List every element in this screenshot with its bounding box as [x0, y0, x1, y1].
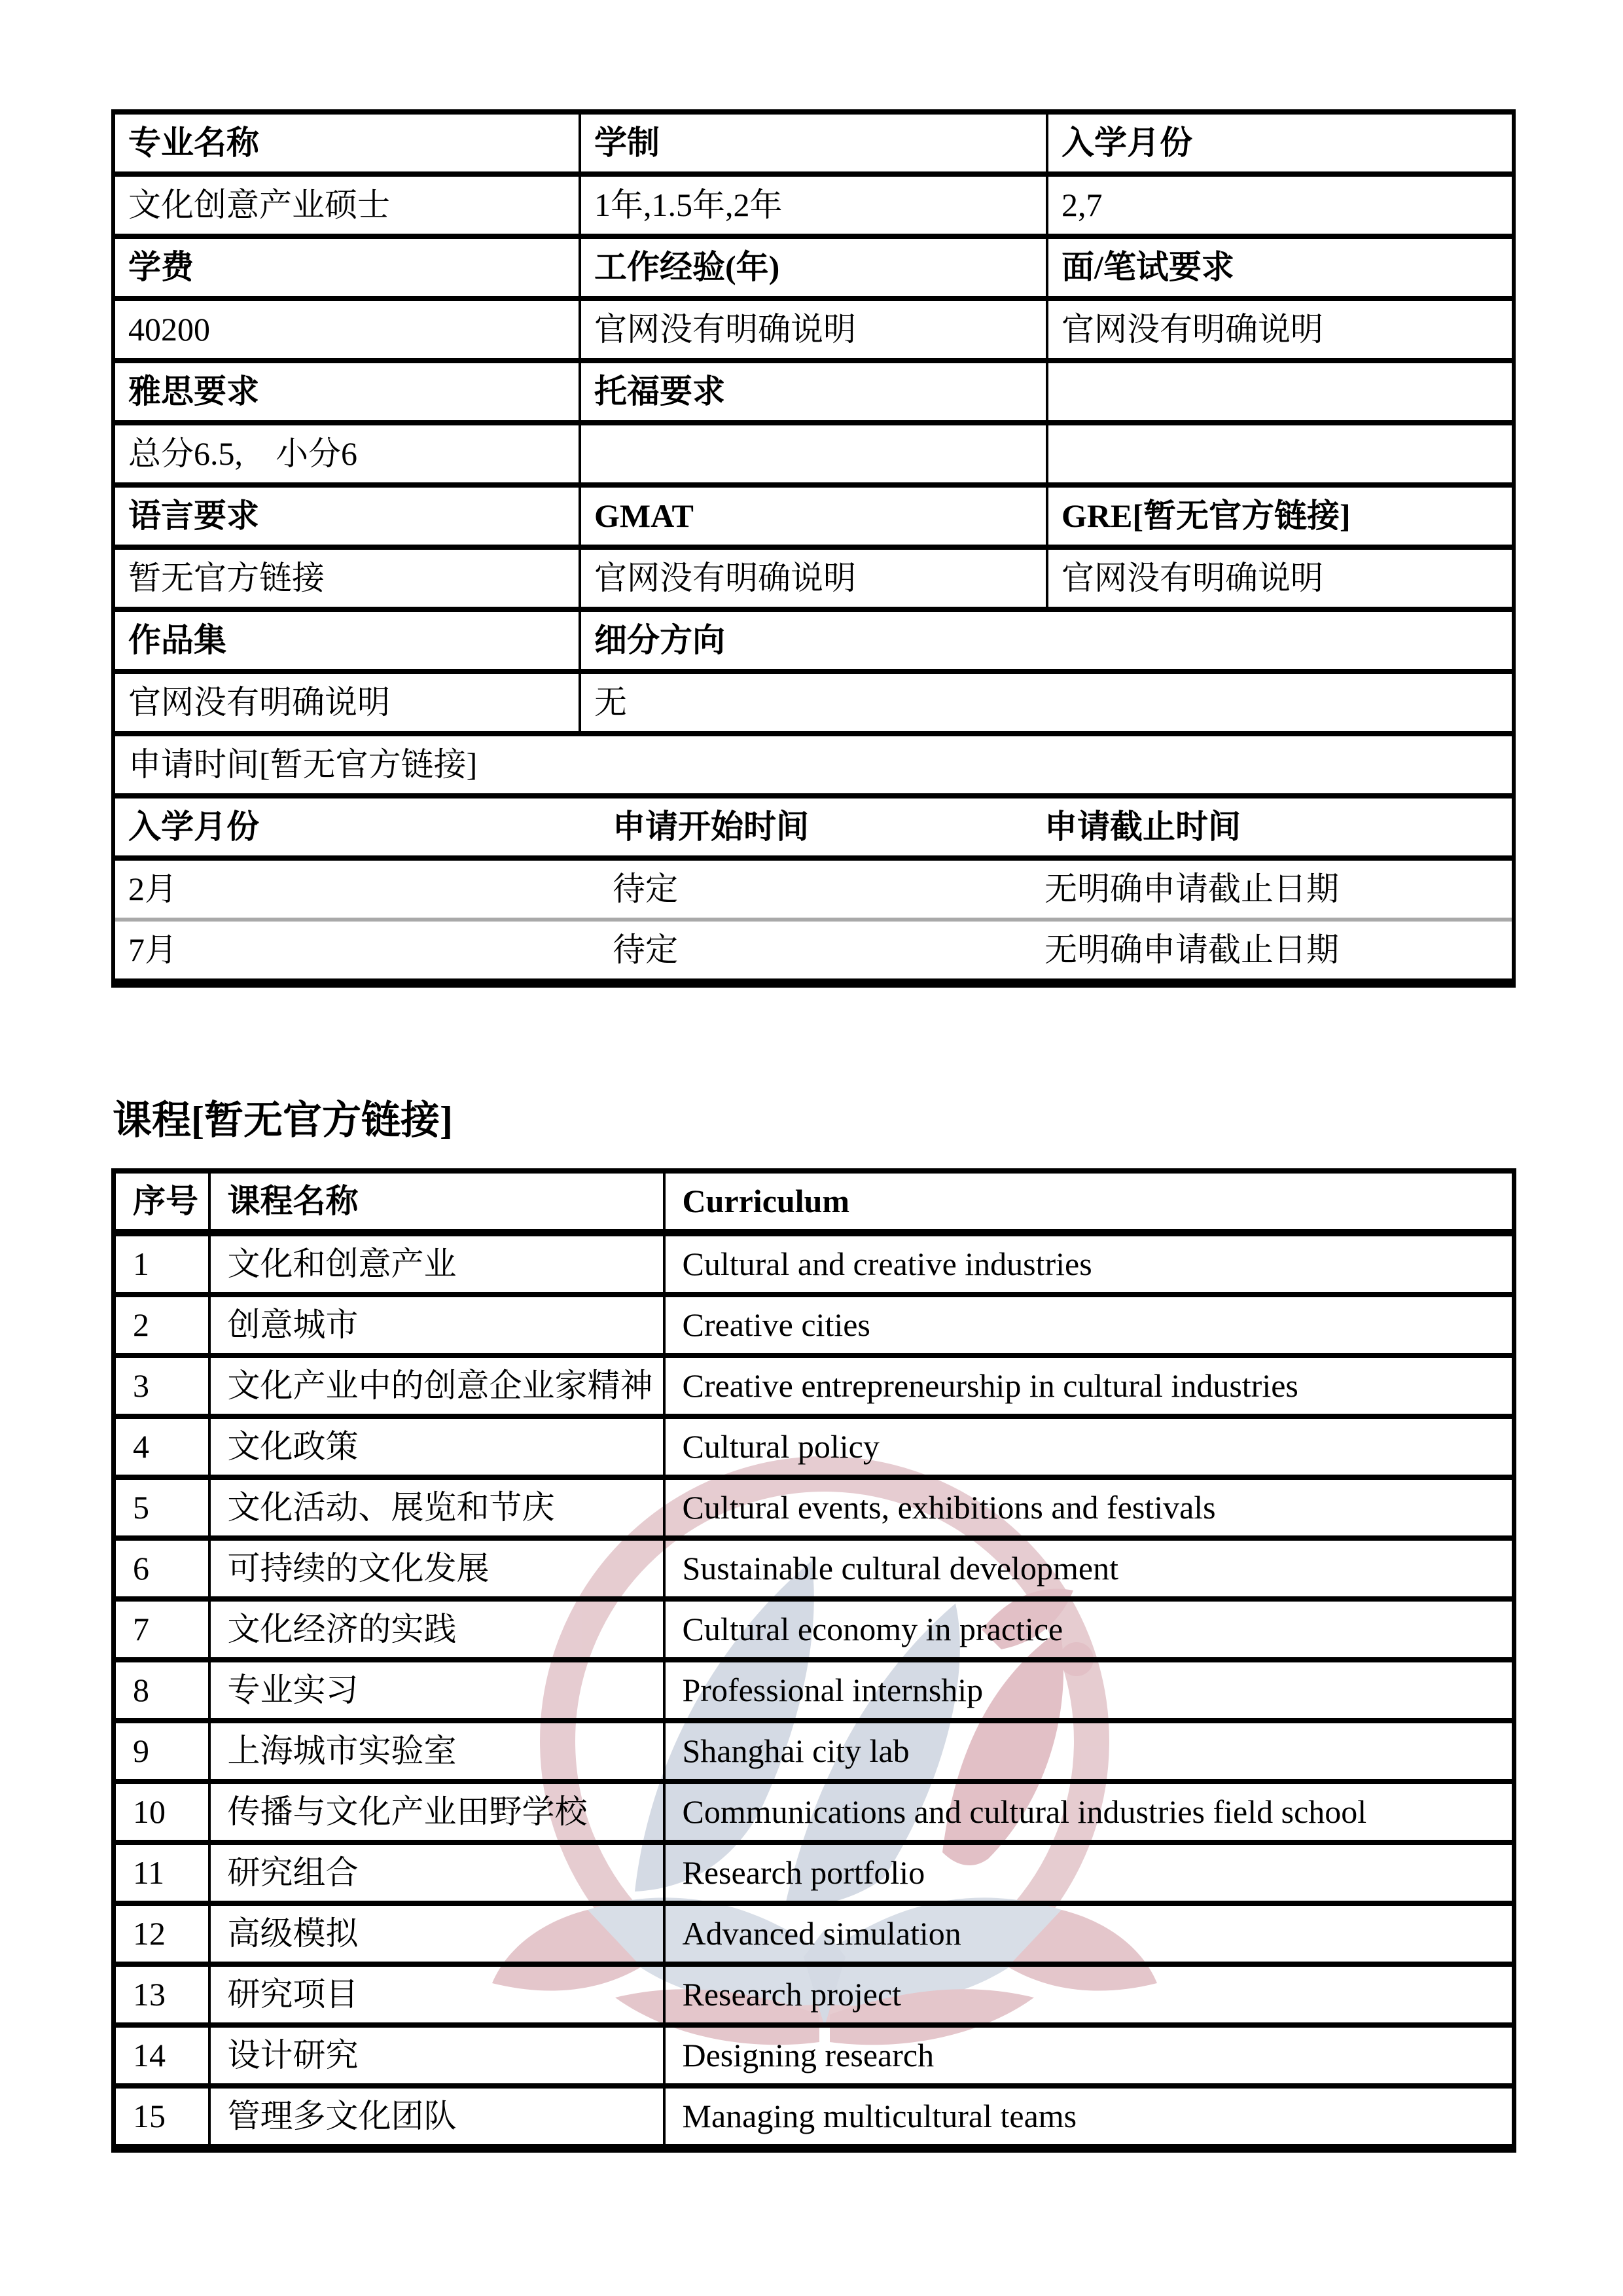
info-header-cell: 学制 — [580, 112, 1047, 174]
course-number-cell: 2 — [114, 1295, 209, 1355]
info-value-row: 40200 官网没有明确说明 官网没有明确说明 — [113, 298, 1514, 361]
info-value-cell: 官网没有明确说明 — [113, 672, 580, 734]
course-row: 11 研究组合 Research portfolio — [114, 1842, 1514, 1903]
course-name-cell: 管理多文化团队 — [209, 2086, 664, 2149]
course-en-cell: Cultural events, exhibitions and festiva… — [664, 1477, 1514, 1538]
info-value-cell: 文化创意产业硕士 — [113, 174, 580, 236]
schedule-value-cell: 7月 — [115, 920, 599, 978]
course-row: 8 专业实习 Professional internship — [114, 1660, 1514, 1721]
course-number-cell: 8 — [114, 1660, 209, 1721]
course-name-cell: 研究组合 — [209, 1842, 664, 1903]
curriculum-table: 序号 课程名称 Curriculum 1 文化和创意产业 Cultural an… — [111, 1168, 1516, 2153]
info-value-cell: 官网没有明确说明 — [580, 547, 1047, 609]
course-row: 2 创意城市 Creative cities — [114, 1295, 1514, 1355]
schedule-value-cell: 无明确申请截止日期 — [1031, 920, 1514, 978]
info-header-cell — [1047, 361, 1514, 423]
course-row: 13 研究项目 Research project — [114, 1964, 1514, 2025]
info-value-row: 文化创意产业硕士 1年,1.5年,2年 2,7 — [113, 174, 1514, 236]
course-number-cell: 14 — [114, 2025, 209, 2086]
course-name-cell: 文化产业中的创意企业家精神 — [209, 1355, 664, 1416]
course-en-cell: Professional internship — [664, 1660, 1514, 1721]
info-value-cell — [580, 423, 1047, 485]
course-number-cell: 4 — [114, 1416, 209, 1477]
course-number-cell: 1 — [114, 1233, 209, 1295]
info-header-cell: 学费 — [113, 236, 580, 298]
info-value-cell: 官网没有明确说明 — [1047, 298, 1514, 361]
schedule-wrapper-cell: 入学月份 申请开始时间 申请截止时间 2月 待定 无明确申请截止日期 7月 — [113, 796, 1514, 983]
course-en-cell: Advanced simulation — [664, 1903, 1514, 1964]
course-number-cell: 5 — [114, 1477, 209, 1538]
info-header-row: 专业名称 学制 入学月份 — [113, 112, 1514, 174]
course-name-cell: 可持续的文化发展 — [209, 1538, 664, 1599]
schedule-value-cell: 无明确申请截止日期 — [1031, 858, 1514, 920]
course-number-cell: 13 — [114, 1964, 209, 2025]
course-name-cell: 创意城市 — [209, 1295, 664, 1355]
course-row: 5 文化活动、展览和节庆 Cultural events, exhibition… — [114, 1477, 1514, 1538]
info-header-cell: 托福要求 — [580, 361, 1047, 423]
info-value-cell: 无 — [580, 672, 1514, 734]
schedule-header-cell: 申请截止时间 — [1031, 798, 1514, 858]
schedule-row: 2月 待定 无明确申请截止日期 — [115, 858, 1514, 920]
course-en-cell: Cultural policy — [664, 1416, 1514, 1477]
course-en-cell: Communications and cultural industries f… — [664, 1782, 1514, 1842]
schedule-value-cell: 待定 — [599, 920, 1031, 978]
info-header-cell: GRE[暂无官方链接] — [1047, 485, 1514, 547]
info-value-cell: 2,7 — [1047, 174, 1514, 236]
course-number-cell: 11 — [114, 1842, 209, 1903]
curriculum-header-row: 序号 课程名称 Curriculum — [114, 1171, 1514, 1233]
info-value-cell — [1047, 423, 1514, 485]
info-value-cell: 官网没有明确说明 — [580, 298, 1047, 361]
info-header-cell: 工作经验(年) — [580, 236, 1047, 298]
course-row: 15 管理多文化团队 Managing multicultural teams — [114, 2086, 1514, 2149]
info-value-row: 官网没有明确说明 无 — [113, 672, 1514, 734]
course-en-cell: Shanghai city lab — [664, 1721, 1514, 1782]
course-row: 14 设计研究 Designing research — [114, 2025, 1514, 2086]
info-header-row: 语言要求 GMAT GRE[暂无官方链接] — [113, 485, 1514, 547]
course-name-cell: 文化活动、展览和节庆 — [209, 1477, 664, 1538]
course-name-cell: 研究项目 — [209, 1964, 664, 2025]
schedule-value-cell: 2月 — [115, 858, 599, 920]
course-name-cell: 上海城市实验室 — [209, 1721, 664, 1782]
application-time-row: 申请时间[暂无官方链接] — [113, 734, 1514, 796]
info-header-row: 学费 工作经验(年) 面/笔试要求 — [113, 236, 1514, 298]
course-en-cell: Creative cities — [664, 1295, 1514, 1355]
info-header-cell: 雅思要求 — [113, 361, 580, 423]
course-name-cell: 文化政策 — [209, 1416, 664, 1477]
info-header-cell: GMAT — [580, 485, 1047, 547]
application-time-cell: 申请时间[暂无官方链接] — [113, 734, 1514, 796]
info-value-cell: 暂无官方链接 — [113, 547, 580, 609]
course-number-cell: 15 — [114, 2086, 209, 2149]
course-row: 9 上海城市实验室 Shanghai city lab — [114, 1721, 1514, 1782]
info-header-row: 作品集 细分方向 — [113, 609, 1514, 672]
course-en-cell: Creative entrepreneurship in cultural in… — [664, 1355, 1514, 1416]
application-schedule-table: 入学月份 申请开始时间 申请截止时间 2月 待定 无明确申请截止日期 7月 — [115, 798, 1514, 978]
info-header-cell: 作品集 — [113, 609, 580, 672]
course-en-cell: Managing multicultural teams — [664, 2086, 1514, 2149]
info-header-row: 雅思要求 托福要求 — [113, 361, 1514, 423]
info-value-row: 暂无官方链接 官网没有明确说明 官网没有明确说明 — [113, 547, 1514, 609]
course-row: 4 文化政策 Cultural policy — [114, 1416, 1514, 1477]
course-en-cell: Research portfolio — [664, 1842, 1514, 1903]
info-value-cell: 总分6.5, 小分6 — [113, 423, 580, 485]
course-en-cell: Sustainable cultural development — [664, 1538, 1514, 1599]
course-row: 1 文化和创意产业 Cultural and creative industri… — [114, 1233, 1514, 1295]
course-row: 7 文化经济的实践 Cultural economy in practice — [114, 1599, 1514, 1660]
info-value-cell: 1年,1.5年,2年 — [580, 174, 1047, 236]
course-row: 12 高级模拟 Advanced simulation — [114, 1903, 1514, 1964]
schedule-row: 7月 待定 无明确申请截止日期 — [115, 920, 1514, 978]
course-name-cell: 高级模拟 — [209, 1903, 664, 1964]
program-info-table: 专业名称 学制 入学月份 文化创意产业硕士 1年,1.5年,2年 2,7 学费 … — [111, 109, 1516, 988]
course-name-cell: 专业实习 — [209, 1660, 664, 1721]
info-header-cell: 专业名称 — [113, 112, 580, 174]
courses-section-heading: 课程[暂无官方链接] — [113, 1098, 453, 1143]
schedule-header-row: 入学月份 申请开始时间 申请截止时间 — [115, 798, 1514, 858]
course-number-cell: 12 — [114, 1903, 209, 1964]
schedule-header-cell: 入学月份 — [115, 798, 599, 858]
course-number-cell: 3 — [114, 1355, 209, 1416]
info-header-cell: 面/笔试要求 — [1047, 236, 1514, 298]
info-value-row: 总分6.5, 小分6 — [113, 423, 1514, 485]
schedule-wrapper-row: 入学月份 申请开始时间 申请截止时间 2月 待定 无明确申请截止日期 7月 — [113, 796, 1514, 983]
curriculum-header-cell: 课程名称 — [209, 1171, 664, 1233]
course-name-cell: 文化经济的实践 — [209, 1599, 664, 1660]
course-name-cell: 文化和创意产业 — [209, 1233, 664, 1295]
info-header-cell: 入学月份 — [1047, 112, 1514, 174]
info-value-cell: 40200 — [113, 298, 580, 361]
course-number-cell: 10 — [114, 1782, 209, 1842]
schedule-value-cell: 待定 — [599, 858, 1031, 920]
course-en-cell: Cultural economy in practice — [664, 1599, 1514, 1660]
course-en-cell: Designing research — [664, 2025, 1514, 2086]
info-header-cell: 细分方向 — [580, 609, 1514, 672]
curriculum-header-cell: 序号 — [114, 1171, 209, 1233]
course-number-cell: 6 — [114, 1538, 209, 1599]
course-row: 3 文化产业中的创意企业家精神 Creative entrepreneurshi… — [114, 1355, 1514, 1416]
course-en-cell: Research project — [664, 1964, 1514, 2025]
course-name-cell: 传播与文化产业田野学校 — [209, 1782, 664, 1842]
course-number-cell: 9 — [114, 1721, 209, 1782]
course-en-cell: Cultural and creative industries — [664, 1233, 1514, 1295]
info-value-cell: 官网没有明确说明 — [1047, 547, 1514, 609]
schedule-header-cell: 申请开始时间 — [599, 798, 1031, 858]
course-name-cell: 设计研究 — [209, 2025, 664, 2086]
curriculum-header-cell: Curriculum — [664, 1171, 1514, 1233]
info-header-cell: 语言要求 — [113, 485, 580, 547]
course-number-cell: 7 — [114, 1599, 209, 1660]
course-row: 6 可持续的文化发展 Sustainable cultural developm… — [114, 1538, 1514, 1599]
course-row: 10 传播与文化产业田野学校 Communications and cultur… — [114, 1782, 1514, 1842]
document-page: 专业名称 学制 入学月份 文化创意产业硕士 1年,1.5年,2年 2,7 学费 … — [0, 0, 1623, 2296]
